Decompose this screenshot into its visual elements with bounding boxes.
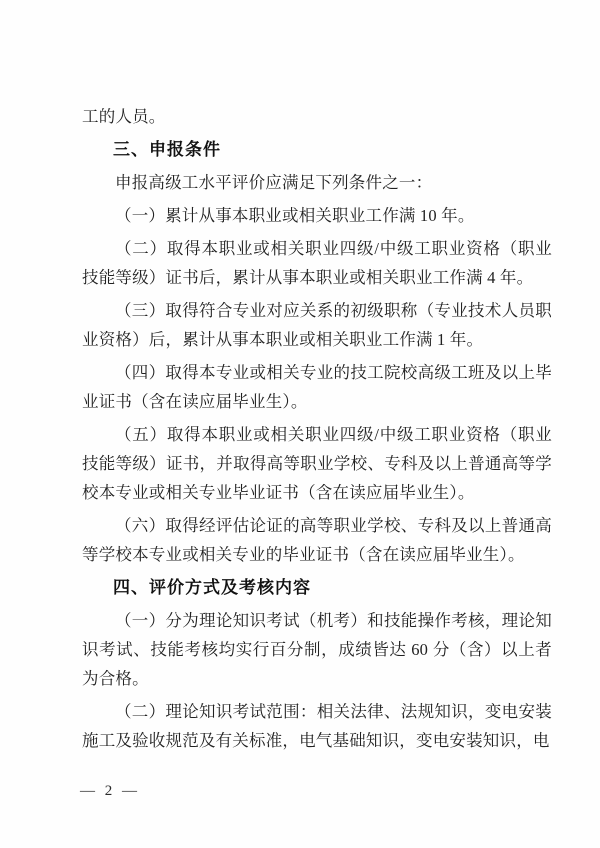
paragraph: （四）取得本专业或相关专业的技工院校高级工班及以上毕业证书（含在读应届毕业生）。 [82, 358, 552, 416]
paragraph: （六）取得经评估论证的高等职业学校、专科及以上普通高等学校本专业或相关专业的毕业… [82, 511, 552, 569]
paragraph: （五）取得本职业或相关职业四级/中级工职业资格（职业技能等级）证书，并取得高等职… [82, 420, 552, 507]
page-number: — 2 — [80, 783, 140, 800]
document-page: 工的人员。三、申报条件申报高级工水平评价应满足下列条件之一：（一）累计从事本职业… [0, 0, 600, 848]
section-heading: 四、评价方式及考核内容 [82, 573, 552, 602]
paragraph: 申报高级工水平评价应满足下列条件之一： [82, 168, 552, 197]
paragraph: （一）累计从事本职业或相关职业工作满 10 年。 [82, 201, 552, 230]
paragraph: 工的人员。 [82, 102, 552, 131]
section-heading: 三、申报条件 [82, 135, 552, 164]
paragraph: （三）取得符合专业对应关系的初级职称（专业技术人员职业资格）后，累计从事本职业或… [82, 296, 552, 354]
paragraph: （二）取得本职业或相关职业四级/中级工职业资格（职业技能等级）证书后，累计从事本… [82, 234, 552, 292]
paragraph: （二）理论知识考试范围：相关法律、法规知识，变电安装施工及验收规范及有关标准，电… [82, 697, 552, 755]
document-body: 工的人员。三、申报条件申报高级工水平评价应满足下列条件之一：（一）累计从事本职业… [82, 102, 552, 759]
paragraph: （一）分为理论知识考试（机考）和技能操作考核，理论知识考试、技能考核均实行百分制… [82, 606, 552, 693]
